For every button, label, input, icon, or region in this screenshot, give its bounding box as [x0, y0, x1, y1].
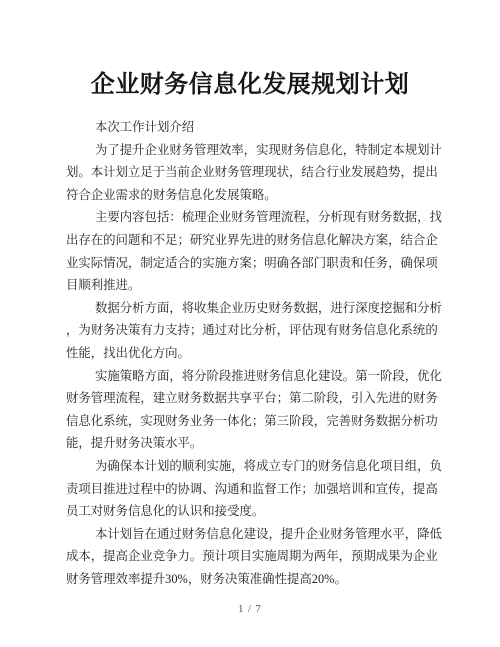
- page-title: 企业财务信息化发展规划计划: [0, 64, 500, 99]
- text-line: 财务管理效率提升30%，财务决策准确性提高20%。: [66, 568, 438, 591]
- text-line: 本计划旨在通过财务信息化建设，提升企业财务管理水平，降低: [66, 523, 438, 546]
- text-line: 责项目推进过程中的协调、沟通和监督工作；加强培训和宣传，提高: [66, 478, 438, 501]
- text-line: 财务管理流程，建立财务数据共享平台；第二阶段，引入先进的财务: [66, 387, 438, 410]
- text-line: 出存在的问题和不足；研究业界先进的财务信息化解决方案，结合企: [66, 229, 438, 252]
- text-line: 能，提升财务决策水平。: [66, 432, 438, 455]
- text-line: 为了提升企业财务管理效率，实现财务信息化，特制定本规划计: [66, 139, 438, 162]
- text-line: 实施策略方面，将分阶段推进财务信息化建设。第一阶段，优化: [66, 365, 438, 388]
- text-line: 成本，提高企业竞争力。预计项目实施周期为两年，预期成果为企业: [66, 545, 438, 568]
- text-line: 业实际情况，制定适合的实施方案；明确各部门职责和任务，确保项: [66, 252, 438, 275]
- text-line: 性能，找出优化方向。: [66, 342, 438, 365]
- text-line: 信息化系统，实现财务业务一体化；第三阶段，完善财务数据分析功: [66, 410, 438, 433]
- text-line: 本次工作计划介绍: [66, 116, 438, 139]
- document-page: 企业财务信息化发展规划计划 本次工作计划介绍 为了提升企业财务管理效率，实现财务…: [0, 0, 500, 647]
- document-body: 本次工作计划介绍 为了提升企业财务管理效率，实现财务信息化，特制定本规划计 划。…: [66, 116, 438, 590]
- text-line: 为确保本计划的顺利实施，将成立专门的财务信息化项目组，负: [66, 455, 438, 478]
- text-line: 符合企业需求的财务信息化发展策略。: [66, 184, 438, 207]
- text-line: 划。本计划立足于当前企业财务管理现状，结合行业发展趋势，提出: [66, 161, 438, 184]
- text-line: ，为财务决策有力支持；通过对比分析，评估现有财务信息化系统的: [66, 319, 438, 342]
- text-line: 目顺利推进。: [66, 274, 438, 297]
- page-number: 1 / 7: [0, 604, 500, 615]
- text-line: 主要内容包括：梳理企业财务管理流程，分析现有财务数据，找: [66, 206, 438, 229]
- text-line: 数据分析方面，将收集企业历史财务数据，进行深度挖掘和分析: [66, 297, 438, 320]
- text-line: 员工对财务信息化的认识和接受度。: [66, 500, 438, 523]
